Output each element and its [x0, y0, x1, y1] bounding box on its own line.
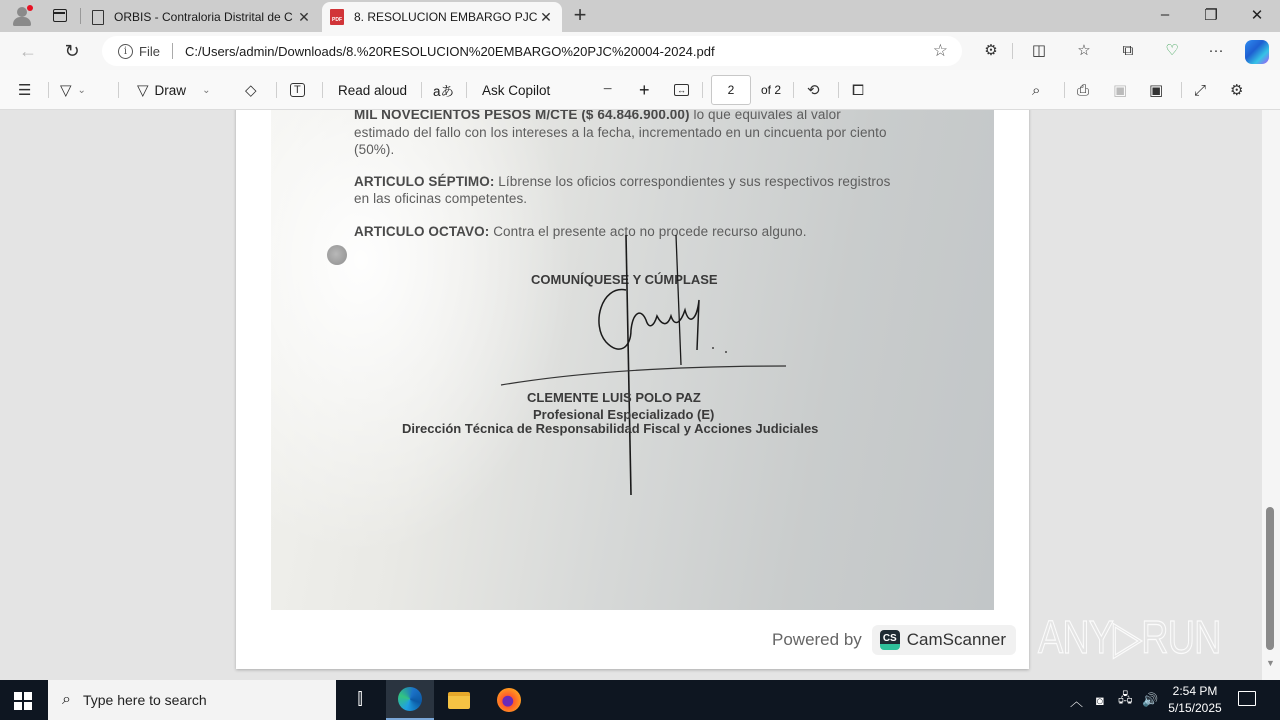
favorite-star-icon[interactable]: ☆	[933, 41, 948, 61]
minimize-button[interactable]: –	[1142, 6, 1188, 23]
rotate-icon: ⟲	[807, 81, 820, 99]
save-as-button[interactable]: ▣	[1149, 70, 1163, 110]
close-tab-icon[interactable]: ✕	[538, 9, 554, 26]
contents-button[interactable]: ☰	[18, 70, 31, 110]
profile-avatar-icon[interactable]	[12, 6, 32, 26]
clock-date: 5/15/2025	[1160, 700, 1230, 717]
document-line: en las oficinas competentes.	[354, 191, 527, 206]
camscanner-badge[interactable]: CS CamScanner	[872, 625, 1016, 655]
document-line: estimado del fallo con los intereses a l…	[354, 125, 887, 140]
signer-name: CLEMENTE LUIS POLO PAZ	[527, 390, 701, 405]
find-button[interactable]: ⌕	[1032, 70, 1040, 110]
windows-taskbar: ⌕ Type here to search ⫿ ︿ ◙ 🖧 🔊 2:54 PM …	[0, 680, 1280, 720]
document-line: (50%).	[354, 142, 394, 157]
file-explorer-icon	[448, 692, 470, 709]
taskbar-firefox[interactable]	[485, 680, 533, 720]
camscanner-name: CamScanner	[907, 630, 1006, 650]
new-tab-button[interactable]: +	[570, 4, 590, 26]
pdf-icon: PDF	[330, 9, 344, 25]
show-hidden-icons-button[interactable]: ︿	[1070, 680, 1083, 720]
notification-center-icon[interactable]	[1238, 691, 1256, 706]
taskbar-edge[interactable]	[386, 680, 434, 720]
save-icon: ▣	[1113, 81, 1127, 99]
split-screen-icon[interactable]: ◫	[1028, 41, 1050, 61]
page-number-input[interactable]: 2	[711, 75, 751, 105]
pdf-page: MIL NOVECIENTOS PESOS M/CTE ($ 64.846.90…	[236, 110, 1029, 669]
more-icon[interactable]: ···	[1205, 41, 1227, 61]
divider	[80, 8, 81, 24]
powered-by-label: Powered by	[772, 630, 862, 650]
navigation-bar: ← ↻ i File C:/Users/admin/Downloads/8.%2…	[0, 32, 1280, 70]
close-tab-icon[interactable]: ✕	[296, 9, 312, 26]
ask-copilot-button[interactable]: Ask Copilot	[482, 70, 550, 110]
list-icon: ☰	[18, 81, 31, 99]
restore-button[interactable]: ❐	[1188, 6, 1234, 24]
notification-dot	[27, 5, 33, 11]
taskbar-search-box[interactable]: ⌕ Type here to search	[48, 680, 336, 720]
draw-label: Draw	[155, 83, 187, 98]
page-view-button[interactable]: ⧠	[852, 70, 864, 110]
pdf-viewer[interactable]: MIL NOVECIENTOS PESOS M/CTE ($ 64.846.90…	[0, 110, 1262, 680]
task-view-icon: ⫿	[357, 691, 362, 709]
text-box-icon: T	[290, 83, 305, 97]
fit-width-icon: ↔	[674, 84, 689, 96]
signature-icon	[471, 230, 891, 500]
favorites-icon[interactable]: ☆	[1073, 41, 1095, 61]
chevron-down-icon[interactable]: ⌄	[78, 85, 86, 96]
signer-department: Dirección Técnica de Responsabilidad Fis…	[402, 421, 818, 436]
save-as-icon: ▣	[1149, 81, 1163, 99]
collections-icon[interactable]: ⧉	[1117, 41, 1139, 61]
zoom-out-button[interactable]: −	[603, 70, 612, 110]
erase-button[interactable]: ◇	[245, 70, 257, 110]
read-aloud-button[interactable]: Read aloud	[338, 70, 407, 110]
read-aloud-label: Read aloud	[338, 83, 407, 98]
camscanner-footer: Powered by CS CamScanner	[772, 625, 1016, 655]
anyrun-watermark: ANY▷RUN	[1038, 610, 1221, 664]
edge-icon	[398, 687, 422, 711]
divider	[172, 43, 173, 59]
scanned-document-image: MIL NOVECIENTOS PESOS M/CTE ($ 64.846.90…	[271, 110, 994, 610]
pdf-toolbar: ☰ ▽ ⌄ ▽ Draw ⌄ ◇ T Read aloud aあ Ask Cop…	[0, 70, 1280, 110]
print-icon: ⎙	[1077, 82, 1089, 99]
tab-title: 8. RESOLUCION EMBARGO PJC 0	[354, 10, 538, 24]
translate-icon: aあ	[433, 80, 454, 100]
close-window-button[interactable]: ✕	[1234, 6, 1280, 24]
settings-button[interactable]: ⚙	[1230, 70, 1243, 110]
search-placeholder: Type here to search	[83, 692, 207, 708]
vertical-scrollbar[interactable]: ▼	[1262, 110, 1280, 680]
highlighter-icon: ▽	[60, 81, 72, 99]
punch-hole	[327, 245, 347, 265]
scrollbar-thumb[interactable]	[1266, 507, 1274, 650]
page-count: of 2	[761, 70, 781, 110]
refresh-button[interactable]: ↻	[60, 40, 84, 62]
zoom-in-button[interactable]: +	[639, 70, 650, 110]
print-button[interactable]: ⎙	[1077, 70, 1089, 110]
search-icon: ⌕	[1032, 82, 1040, 99]
scroll-down-arrow-icon[interactable]: ▼	[1266, 658, 1275, 668]
draw-button[interactable]: ▽ Draw ⌄	[137, 70, 210, 110]
address-bar[interactable]: i File C:/Users/admin/Downloads/8.%20RES…	[102, 36, 962, 66]
clock-time: 2:54 PM	[1160, 683, 1230, 700]
url-text[interactable]: C:/Users/admin/Downloads/8.%20RESOLUCION…	[185, 44, 933, 59]
gear-icon: ⚙	[1230, 81, 1243, 99]
tab-title: ORBIS - Contraloria Distrital de C	[114, 10, 296, 24]
chevron-down-icon[interactable]: ⌄	[202, 85, 210, 96]
page-view-icon: ⧠	[852, 82, 864, 99]
fullscreen-button[interactable]: ⤢	[1194, 70, 1206, 110]
rotate-button[interactable]: ⟲	[807, 70, 820, 110]
tab-orbis[interactable]: ORBIS - Contraloria Distrital de C ✕	[84, 2, 320, 32]
divider	[1012, 43, 1013, 59]
firefox-icon	[497, 688, 521, 712]
browser-tab-strip: ORBIS - Contraloria Distrital de C ✕ PDF…	[0, 0, 1280, 32]
add-text-button[interactable]: T	[290, 70, 305, 110]
pen-icon: ▽	[137, 81, 149, 99]
network-icon[interactable]: 🖧	[1118, 680, 1133, 720]
save-button[interactable]: ▣	[1113, 70, 1127, 110]
task-view-button[interactable]: ⫿	[336, 680, 384, 720]
camscanner-logo-icon: CS	[880, 630, 900, 650]
camera-tray-icon[interactable]: ◙	[1096, 680, 1104, 720]
tab-resolucion-pdf[interactable]: PDF 8. RESOLUCION EMBARGO PJC 0 ✕	[322, 2, 562, 32]
copilot-icon[interactable]	[1245, 40, 1269, 64]
chevron-up-icon: ︿	[1070, 691, 1083, 710]
highlight-button[interactable]: ▽ ⌄	[60, 70, 86, 110]
browser-essentials-icon[interactable]: ♡	[1161, 41, 1183, 61]
translate-button[interactable]: aあ	[433, 70, 454, 110]
taskbar-file-explorer[interactable]	[435, 680, 483, 720]
eraser-icon: ◇	[245, 81, 257, 99]
fullscreen-icon: ⤢	[1194, 82, 1206, 99]
search-icon: ⌕	[62, 691, 71, 709]
system-clock[interactable]: 2:54 PM 5/15/2025	[1160, 683, 1230, 717]
fit-width-button[interactable]: ↔	[674, 70, 689, 110]
signer-title: Profesional Especializado (E)	[533, 407, 714, 422]
extensions-icon[interactable]: ⚙	[980, 41, 1002, 61]
volume-icon[interactable]: 🔊	[1142, 680, 1158, 720]
document-icon	[92, 10, 104, 25]
info-icon[interactable]: i	[118, 44, 133, 59]
back-button[interactable]: ←	[16, 40, 40, 62]
tab-actions-icon[interactable]	[53, 9, 67, 22]
ask-copilot-label: Ask Copilot	[482, 83, 550, 98]
scheme-label: File	[139, 44, 160, 59]
document-line: ARTICULO SÉPTIMO: Líbrense los oficios c…	[354, 174, 890, 189]
document-line: MIL NOVECIENTOS PESOS M/CTE ($ 64.846.90…	[354, 110, 841, 122]
start-button[interactable]	[14, 692, 32, 710]
